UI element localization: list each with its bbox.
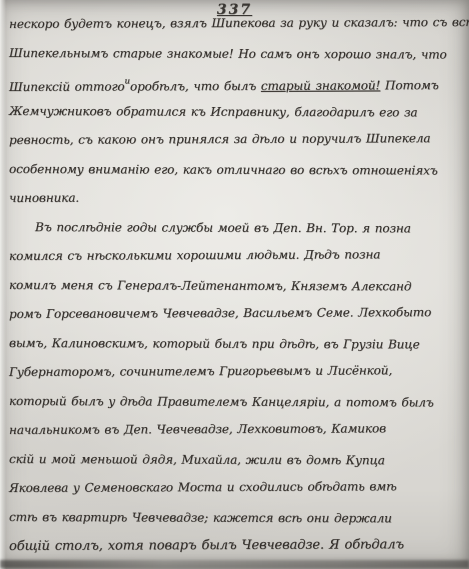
line-text: стѣ въ квартирѣ Чевчевадзе; кажется всѣ … — [9, 510, 392, 525]
handwritten-line: ревность, съ какою онъ принялся за дѣло … — [9, 124, 465, 155]
line-text: начальникомъ въ Деп. Чевчевадзе, Лехкови… — [9, 421, 386, 437]
line-text: оробѣлъ, что былъ — [130, 79, 261, 94]
line-text: ромъ Горсевановичемъ Чевчевадзе, Василье… — [9, 305, 431, 321]
line-text: чиновника. — [9, 191, 79, 205]
handwritten-line: ромъ Горсевановичемъ Чевчевадзе, Василье… — [9, 298, 465, 329]
manuscript-text: нескоро будетъ конецъ, взялъ Шипекова за… — [9, 10, 465, 561]
line-text: Жемчужниковъ обратился къ Исправнику, бл… — [9, 104, 418, 119]
handwritten-line: общій столъ, хотя поваръ былъ Чевчевадзе… — [9, 530, 465, 561]
line-text: Губернаторомъ, сочинителемъ Григорьевымъ… — [9, 363, 392, 379]
line-text: комился съ нѣсколькими хорошими людьми. … — [9, 247, 380, 263]
line-text: нескоро будетъ конецъ, взялъ Шипекова за… — [9, 15, 469, 31]
line-text: который былъ у дѣда Правителемъ Канцеляр… — [9, 394, 434, 409]
line-text: Яковлева у Семеновскаго Моста и сходилис… — [9, 479, 397, 495]
line-text: Шипекельнымъ старые знакомые! Но самъ он… — [9, 46, 447, 62]
handwritten-line: стѣ въ квартирѣ Чевчевадзе; кажется всѣ … — [9, 503, 465, 534]
handwritten-line: начальникомъ въ Деп. Чевчевадзе, Лехкови… — [9, 414, 465, 445]
line-text: вымъ, Калиновскимъ, который былъ при дѣд… — [9, 336, 420, 351]
line-text: комилъ меня съ Генералъ-Лейтенантомъ, Кн… — [9, 278, 411, 293]
line-text: Потомъ — [380, 78, 438, 92]
handwritten-line: Жемчужниковъ обратился къ Исправнику, бл… — [9, 97, 465, 128]
manuscript-page: 337 нескоро будетъ конецъ, взялъ Шипеков… — [0, 0, 469, 569]
handwritten-line: комилъ меня съ Генералъ-Лейтенантомъ, Кн… — [9, 271, 465, 302]
line-text: скій и мой меньшой дядя, Михайла, жили в… — [9, 452, 385, 467]
handwritten-line: чиновника. — [9, 182, 465, 213]
handwritten-line: скій и мой меньшой дядя, Михайла, жили в… — [9, 445, 465, 476]
line-text: Шипексій оттого — [9, 79, 125, 94]
handwritten-line: вымъ, Калиновскимъ, который былъ при дѣд… — [9, 329, 465, 360]
handwritten-line: особенному вниманію его, какъ отличнаго … — [9, 155, 465, 186]
handwritten-line: Шипекельнымъ старые знакомые! Но самъ он… — [9, 39, 465, 70]
line-text: Въ послѣдніе годы службы моей въ Деп. Вн… — [35, 220, 411, 235]
handwritten-line: нескоро будетъ конецъ, взялъ Шипекова за… — [9, 8, 465, 39]
line-text: особенному вниманію его, какъ отличнаго … — [9, 162, 438, 177]
underlined-phrase: старый знакомой! — [261, 78, 380, 93]
handwritten-line: Шипексій оттогоиоробѣлъ, что былъ старый… — [9, 66, 465, 97]
handwritten-line: который былъ у дѣда Правителемъ Канцеляр… — [9, 387, 465, 418]
handwritten-line: Яковлева у Семеновскаго Моста и сходилис… — [9, 472, 465, 503]
handwritten-line: Губернаторомъ, сочинителемъ Григорьевымъ… — [9, 356, 465, 387]
line-text: ревность, съ какою онъ принялся за дѣло … — [9, 131, 430, 147]
handwritten-line: Въ послѣдніе годы службы моей въ Деп. Вн… — [9, 213, 465, 244]
handwritten-line: комился съ нѣсколькими хорошими людьми. … — [9, 240, 465, 271]
line-text: общій столъ, хотя поваръ былъ Чевчевадзе… — [9, 537, 404, 554]
